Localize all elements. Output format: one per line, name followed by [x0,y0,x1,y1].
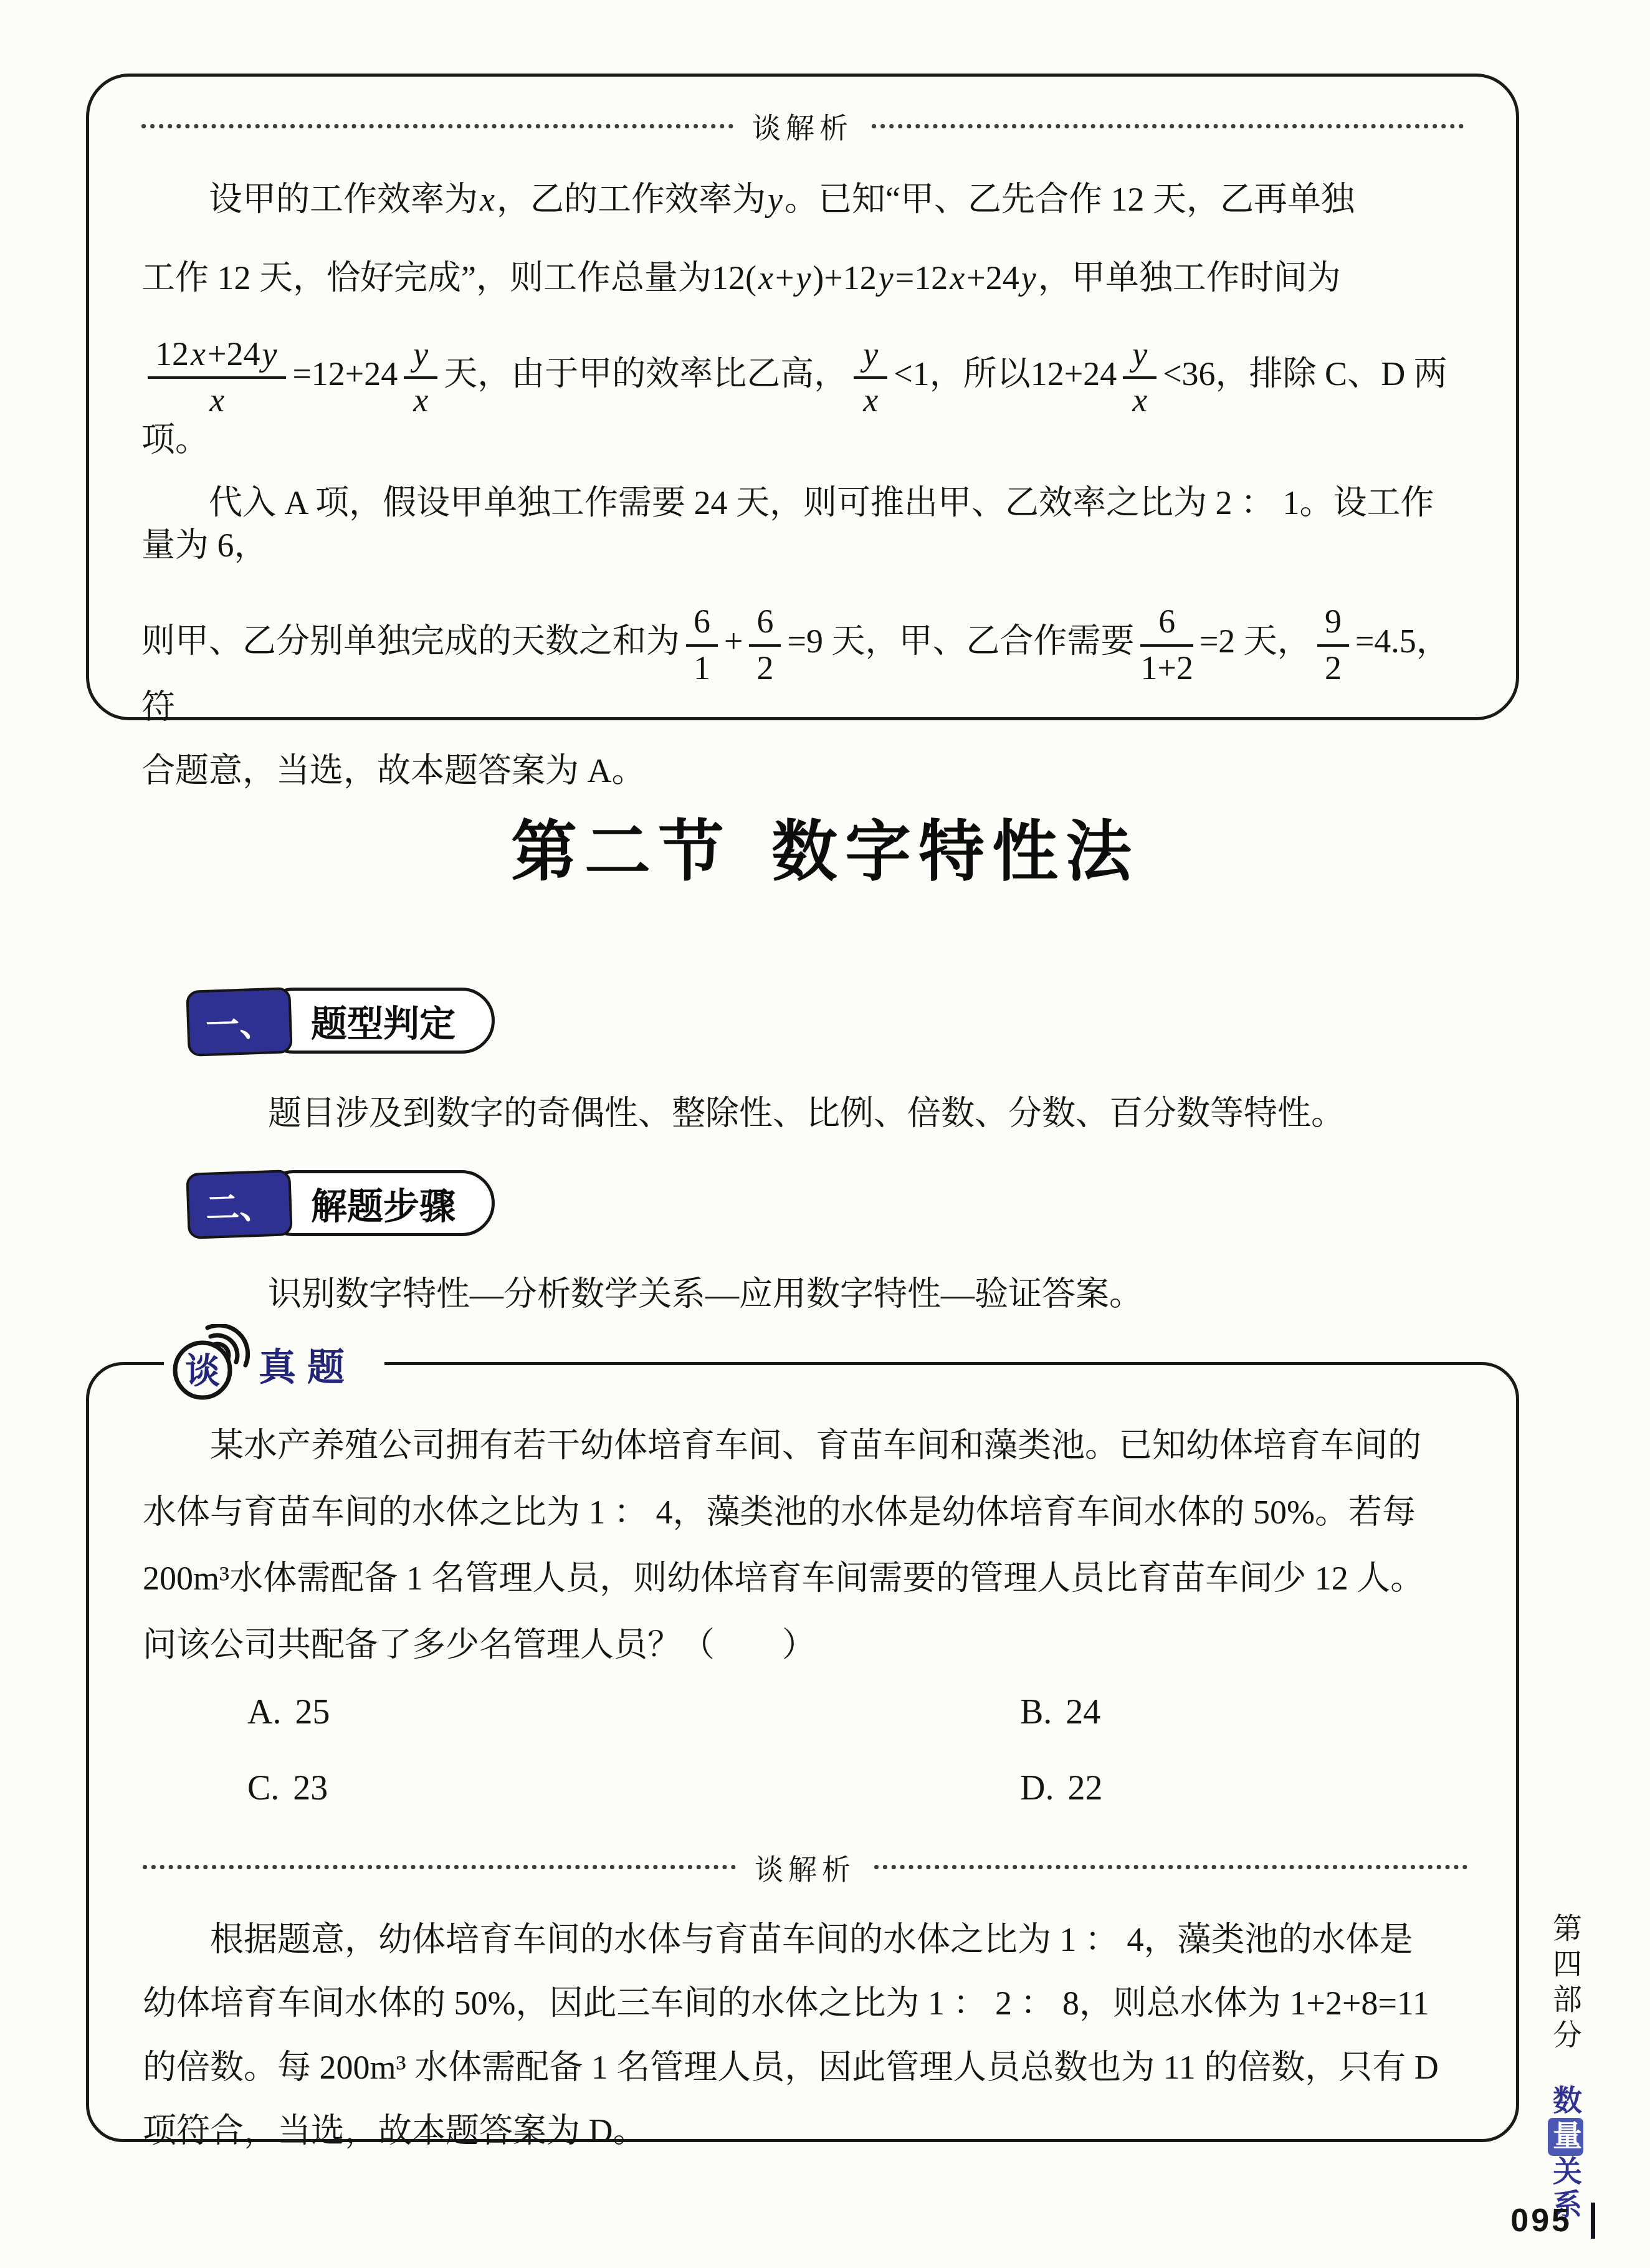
dotted-line [143,1865,736,1869]
question-box: 谈 真题 某水产养殖公司拥有若干幼体培育车间、育苗车间和藻类池。已知幼体培育车间… [86,1362,1519,2142]
solution-line-3: 的倍数。每 200m³ 水体需配备 1 名管理人员，因此管理人员总数也为 11 … [143,2048,1467,2087]
page: 谈解析 设甲的工作效率为x，乙的工作效率为y。已知“甲、乙先合作 12 天，乙再… [0,0,1650,2268]
math-var: y [861,335,880,373]
text-segment: =12 [895,259,948,297]
fraction-numerator: 12x+24y [148,335,286,379]
text-segment: +24 [207,335,260,373]
math-var: x [411,381,430,419]
option-b: B.24 [1020,1692,1467,1732]
option-a: A.25 [247,1692,1020,1732]
dotted-line [141,124,733,128]
badge-number-tab: 二、 [186,1170,293,1239]
fraction: 62 [749,603,781,687]
fraction-numerator: 6 [749,603,781,646]
math-var: y [260,335,279,373]
solution-steps-text: 识别数字特性—分析数学关系—应用数字特性—验证答案。 [201,1272,1484,1316]
text-segment: 则甲、乙分别单独完成的天数之和为 [141,622,680,660]
fraction-denominator: 1+2 [1140,647,1193,687]
math-var: x [189,335,207,373]
math-var: y [766,181,784,218]
math-var: x [1130,381,1149,419]
badge-label: 解题步骤 [311,1177,455,1229]
math-var: y [1019,259,1038,297]
sidebar-char: 数 [1549,2085,1582,2118]
analysis-divider-label: 谈解析 [752,105,853,146]
page-number: 095 [1510,2202,1572,2239]
option-label: B. [1020,1693,1052,1732]
fraction-denominator: 1 [686,647,718,687]
sidebar-part-label: 第四部分数量关系 [1545,1913,1586,2222]
fraction-denominator: x [854,379,887,419]
math-var: x [207,381,226,419]
zhenti-icon-glyph: 谈 [185,1351,220,1390]
option-value: 22 [1067,1769,1102,1808]
text-segment: 天，由于甲的效率比乙高， [444,355,847,393]
solution-line-4: 项符合，当选，故本题答案为 D。 [143,2112,1467,2151]
text-segment: +24 [966,259,1019,297]
fraction: yx [404,335,437,419]
option-value: 24 [1066,1693,1100,1732]
zhenti-icon: 谈 [170,1324,252,1405]
fraction-numerator: y [404,335,437,379]
text-segment: 。已知“甲、乙先合作 12 天，乙再单独 [784,181,1355,218]
question-tag-label: 真题 [259,1338,356,1391]
heading-badge-question-type: 题型判定 一、 [187,988,495,1061]
sidebar-part-number: 第四部分 [1549,1913,1582,2055]
analysis-line-3: 12x+24yx=12+24yx天，由于甲的效率比乙高，yx<1，所以12+24… [141,335,1464,461]
math-var: y [794,259,813,297]
option-value: 23 [293,1769,328,1808]
sidebar-char-highlight: 量 [1548,2118,1583,2156]
text-segment: <1，所以12+24 [894,355,1117,393]
sidebar-char: 关 [1549,2156,1582,2189]
fraction-denominator: 2 [1317,647,1349,687]
analysis-line-4: 代入 A 项，假设甲单独工作需要 24 天，则可推出甲、乙效率之比为 2 ： 1… [141,482,1464,566]
text-segment: + [724,622,743,660]
badge-label: 题型判定 [311,994,455,1047]
badge-number: 一、 [205,997,274,1047]
text-segment: + [775,259,794,297]
text-segment: ，乙的工作效率为 [497,181,766,218]
fraction-numerator: y [1123,335,1156,379]
math-var: y [411,335,430,373]
footer-bar [1591,2203,1595,2239]
text-segment: 12 [155,335,189,373]
fraction-numerator: 6 [1140,603,1193,646]
math-var: y [877,259,895,297]
text-segment: =9 天，甲、乙合作需要 [787,622,1134,660]
fraction-denominator: x [404,379,437,419]
fraction: yx [1123,335,1156,419]
analysis-line-6: 合题意，当选，故本题答案为 A。 [141,750,1464,793]
question-line-3: 200m³水体需配备 1 名管理人员，则幼体培育车间需要的管理人员比育苗车间少 … [143,1559,1467,1598]
text-segment: 代入 A 项，假设甲单独工作需要 24 天，则可推出甲、乙效率之比为 2 ： 1… [141,484,1434,564]
page-footer: 095 [1510,2202,1595,2239]
solution-line-1: 根据题意，幼体培育车间的水体与育苗车间的水体之比为 1 ： 4，藻类池的水体是 [143,1920,1467,1960]
analysis-divider: 谈解析 [141,105,1464,146]
text-segment: )+12 [813,259,876,297]
dotted-line [874,1865,1467,1869]
analysis-box: 谈解析 设甲的工作效率为x，乙的工作效率为y。已知“甲、乙先合作 12 天，乙再… [86,74,1519,720]
text-segment: ，甲单独工作时间为 [1038,259,1341,297]
fraction: 61+2 [1140,603,1193,687]
badge-number: 二、 [205,1179,274,1230]
heading-badge-solution-steps: 解题步骤 二、 [187,1170,495,1244]
text-segment: =2 天， [1199,622,1311,660]
math-var: x [861,381,880,419]
analysis-line-2: 工作 12 天，恰好完成”，则工作总量为12(x+y)+12y=12x+24y，… [141,257,1464,300]
solution-divider: 谈解析 [143,1847,1467,1888]
fraction: yx [854,335,887,419]
fraction: 92 [1317,603,1349,687]
text-segment: =12+24 [292,355,398,393]
question-line-2: 水体与育苗车间的水体之比为 1 ： 4，藻类池的水体是幼体培育车间水体的 50%… [143,1493,1467,1532]
section-number: 第二节 [511,815,732,889]
question-line-4: 问该公司共配备了多少名管理人员？（ ） [143,1626,1467,1665]
text-segment: 合题意，当选，故本题答案为 A。 [141,752,646,789]
option-value: 25 [295,1693,330,1732]
solution-line-2: 幼体培育车间水体的 50%，因此三车间的水体之比为 1 ： 2 ： 8，则总水体… [143,1984,1467,2023]
fraction-denominator: 2 [749,647,781,687]
solution-divider-label: 谈解析 [755,1847,856,1888]
option-label: D. [1020,1769,1054,1808]
badge-number-tab: 一、 [186,987,293,1057]
option-d: D.22 [1020,1768,1467,1808]
sidebar-part-name: 数量关系 [1549,2085,1582,2222]
math-var: x [756,259,775,297]
option-label: C. [247,1769,279,1808]
math-var: x [948,259,966,297]
section-title: 第二节数字特性法 [0,799,1650,893]
options: A.25 B.24 C.23 D.22 [247,1692,1467,1808]
analysis-line-1: 设甲的工作效率为x，乙的工作效率为y。已知“甲、乙先合作 12 天，乙再单独 [141,179,1464,221]
fraction: 12x+24yx [148,335,286,419]
badge-pill: 题型判定 [260,988,495,1054]
fraction-denominator: x [148,379,286,419]
fraction-numerator: y [854,335,887,379]
question-tag: 谈 真题 [164,1324,384,1405]
dotted-line [872,124,1464,128]
fraction: 61 [686,603,718,687]
text-segment: 工作 12 天，恰好完成”，则工作总量为12( [141,259,756,297]
fraction-numerator: 6 [686,603,718,646]
math-var: y [1130,335,1149,373]
math-var: x [478,181,497,218]
option-c: C.23 [247,1768,1020,1808]
text-segment: 设甲的工作效率为 [209,181,478,218]
question-type-text: 题目涉及到数字的奇偶性、整除性、比例、倍数、分数、百分数等特性。 [201,1092,1484,1135]
badge-pill: 解题步骤 [260,1170,495,1236]
fraction-denominator: x [1123,379,1156,419]
analysis-line-5: 则甲、乙分别单独完成的天数之和为61+62=9 天，甲、乙合作需要61+2=2 … [141,603,1464,728]
question-line-1: 某水产养殖公司拥有若干幼体培育车间、育苗车间和藻类池。已知幼体培育车间的 [143,1426,1467,1465]
fraction-numerator: 9 [1317,603,1349,646]
option-label: A. [247,1693,281,1732]
section-name: 数字特性法 [771,815,1139,889]
